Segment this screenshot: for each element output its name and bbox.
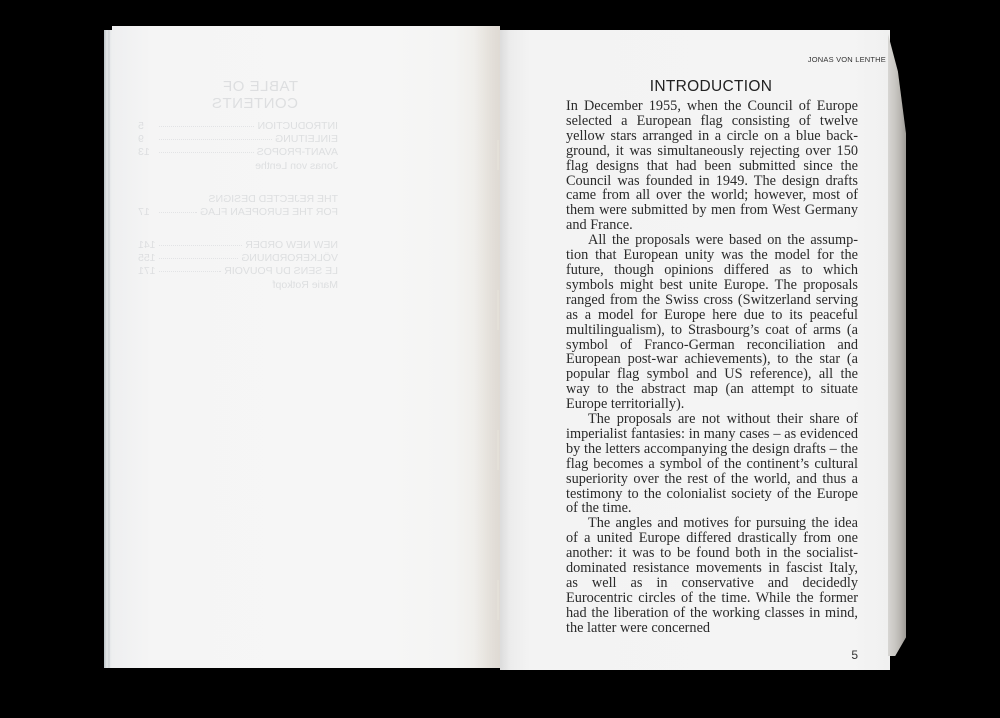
right-page-stack-edge (888, 34, 906, 656)
toc-entry: LE SENS DU POUVOIR171 (138, 265, 338, 278)
toc-entry: AVANT-PROPOS13 (138, 146, 338, 159)
gutter-shadow (474, 26, 500, 668)
toc-author: Marie Rotkopf (138, 278, 338, 292)
toc-entry: THE REJECTED DESIGNS (138, 193, 338, 206)
toc-entry: EINLEITUNG9 (138, 133, 338, 146)
running-head: JONAS VON LENTHE (780, 55, 886, 64)
paragraph: In December 1955, when the Council of Eu… (566, 99, 858, 233)
toc-entry: INTRODUCTION5 (138, 120, 338, 133)
toc-title: TABLE OF CONTENTS (138, 78, 338, 112)
toc-entry: VÖLKERORDNUNG155 (138, 252, 338, 265)
binding-stitch (497, 140, 499, 170)
paragraph: The proposals are not without their shar… (566, 412, 858, 516)
paragraph: The angles and motives for pursuing the … (566, 516, 858, 635)
binding-stitch (497, 580, 499, 620)
body-text: In December 1955, when the Council of Eu… (566, 99, 858, 636)
toc-entry: NEW NEW ORDER141 (138, 239, 338, 252)
chapter-title: INTRODUCTION (566, 78, 856, 96)
paragraph: All the proposals were based on the assu… (566, 233, 858, 412)
binding-stitch (497, 430, 499, 470)
binding-stitch (497, 290, 499, 330)
page-number: 5 (840, 648, 858, 662)
show-through-table-of-contents: TABLE OF CONTENTS INTRODUCTION5 EINLEITU… (138, 78, 338, 292)
open-book: TABLE OF CONTENTS INTRODUCTION5 EINLEITU… (0, 0, 1000, 718)
toc-entry: FOR THE EUROPEAN FLAG17 (138, 206, 338, 219)
toc-author: Jonas von Lenthe (138, 159, 338, 173)
